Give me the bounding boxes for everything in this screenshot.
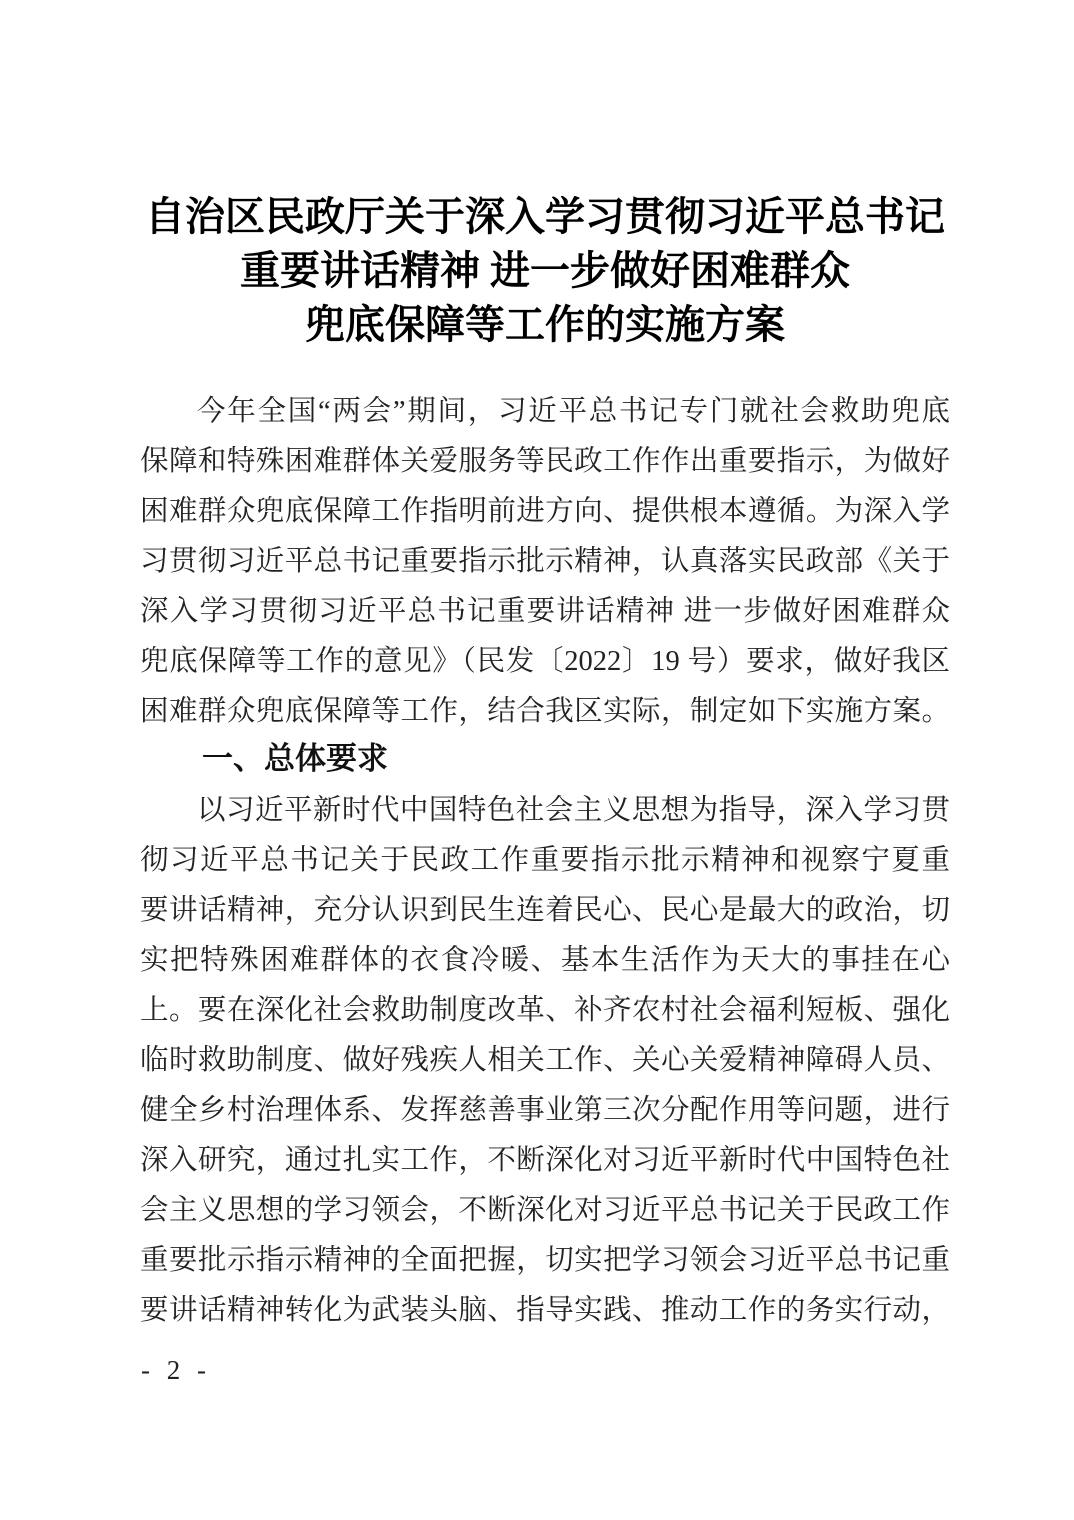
paragraph-1: 今年全国“两会”期间，习近平总书记专门就社会救助兜底 保障和特殊困难群体关爱服务… [140,387,950,737]
document-title: 自治区民政厅关于深入学习贯彻习近平总书记 重要讲话精神 进一步做好困难群众 兜底… [140,190,950,352]
body-line: 保障和特殊困难群体关爱服务等民政工作作出重要指示，为做好 [140,437,950,487]
body-line: 深入研究，通过扎实工作，不断深化对习近平新时代中国特色社 [140,1136,950,1186]
paragraph-2: 以习近平新时代中国特色社会主义思想为指导，深入学习贯 彻习近平总书记关于民政工作… [140,786,950,1336]
title-line-3: 兜底保障等工作的实施方案 [140,298,950,352]
page-number: - 2 - [141,1352,208,1388]
body-line: 健全乡村治理体系、发挥慈善事业第三次分配作用等问题，进行 [140,1086,950,1136]
body-line: 要讲话精神，充分认识到民生连着民心、民心是最大的政治，切 [140,886,950,936]
section-heading: 一、总体要求 [140,734,950,784]
body-line: 实把特殊困难群体的衣食冷暖、基本生活作为天大的事挂在心 [140,936,950,986]
body-line: 今年全国“两会”期间，习近平总书记专门就社会救助兜底 [140,387,950,437]
body-line: 以习近平新时代中国特色社会主义思想为指导，深入学习贯 [140,786,950,836]
body-line: 困难群众兜底保障等工作，结合我区实际，制定如下实施方案。 [140,687,950,737]
body-line: 上。要在深化社会救助制度改革、补齐农村社会福利短板、强化 [140,986,950,1036]
title-line-2: 重要讲话精神 进一步做好困难群众 [140,244,950,298]
body-line: 兜底保障等工作的意见》（民发〔2022〕19 号）要求，做好我区 [140,637,950,687]
body-line: 习贯彻习近平总书记重要指示批示精神，认真落实民政部《关于 [140,537,950,587]
body-line: 要讲话精神转化为武装头脑、指导实践、推动工作的务实行动， [140,1286,950,1336]
body-line: 困难群众兜底保障工作指明前进方向、提供根本遵循。为深入学 [140,487,950,537]
body-line: 彻习近平总书记关于民政工作重要指示批示精神和视察宁夏重 [140,836,950,886]
body-line: 深入学习贯彻习近平总书记重要讲话精神 进一步做好困难群众 [140,587,950,637]
body-line: 临时救助制度、做好残疾人相关工作、关心关爱精神障碍人员、 [140,1036,950,1086]
title-line-1: 自治区民政厅关于深入学习贯彻习近平总书记 [140,190,950,244]
document-page: 自治区民政厅关于深入学习贯彻习近平总书记 重要讲话精神 进一步做好困难群众 兜底… [0,0,1074,1520]
body-line: 会主义思想的学习领会，不断深化对习近平总书记关于民政工作 [140,1186,950,1236]
body-line: 重要批示指示精神的全面把握，切实把学习领会习近平总书记重 [140,1236,950,1286]
